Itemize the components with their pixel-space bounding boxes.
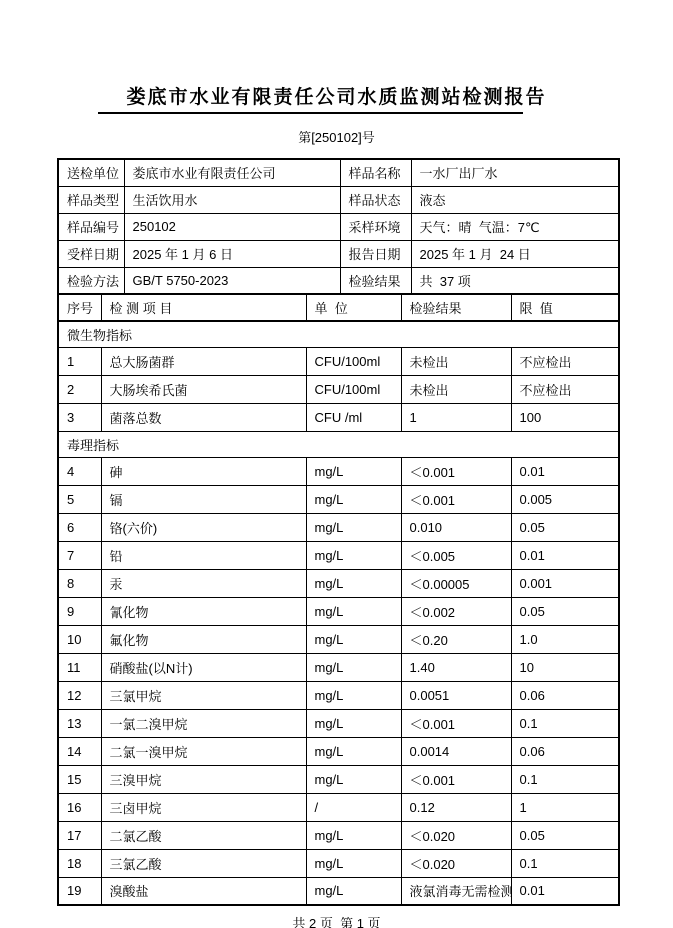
page-footer: 共 2 页 第 1 页 — [0, 913, 673, 928]
info-row: 样品类型生活饮用水样品状态液态 — [58, 186, 619, 213]
cell-unit: mg/L — [306, 821, 401, 849]
cell-item: 三氯甲烷 — [101, 681, 306, 709]
table-row: 1总大肠菌群CFU/100ml未检出不应检出 — [58, 347, 619, 375]
table-row: 19溴酸盐mg/L液氯消毒无需检测0.01 — [58, 877, 619, 905]
cell-limit: 1 — [511, 793, 619, 821]
cell-unit: mg/L — [306, 513, 401, 541]
table-row: 13一氯二溴甲烷mg/L＜0.0010.1 — [58, 709, 619, 737]
cell-item: 一氯二溴甲烷 — [101, 709, 306, 737]
cell-limit: 不应检出 — [511, 375, 619, 403]
cell-limit: 0.01 — [511, 457, 619, 485]
cell-limit: 0.1 — [511, 709, 619, 737]
cell-no: 18 — [58, 849, 101, 877]
info-label: 受样日期 — [58, 240, 124, 267]
cell-item: 二氯乙酸 — [101, 821, 306, 849]
cell-no: 10 — [58, 625, 101, 653]
cell-no: 9 — [58, 597, 101, 625]
cell-item: 三氯乙酸 — [101, 849, 306, 877]
table-row: 10氟化物mg/L＜0.201.0 — [58, 625, 619, 653]
cell-result: ＜0.001 — [401, 457, 511, 485]
cell-item: 硝酸盐(以N计) — [101, 653, 306, 681]
info-value: 天气：晴 气温：7℃ — [411, 213, 619, 240]
cell-limit: 不应检出 — [511, 347, 619, 375]
cell-result: 1.40 — [401, 653, 511, 681]
cell-unit: mg/L — [306, 849, 401, 877]
info-value: 娄底市水业有限责任公司 — [124, 159, 340, 186]
table-row: 6铬(六价)mg/L0.0100.05 — [58, 513, 619, 541]
column-header-no: 序号 — [58, 294, 101, 321]
table-row: 15三溴甲烷mg/L＜0.0010.1 — [58, 765, 619, 793]
info-row: 检验方法GB/T 5750-2023检验结果共 37 项 — [58, 267, 619, 294]
result-table-header-row: 序号 检 测 项 目 单 位 检验结果 限 值 — [58, 294, 619, 321]
report-number: 第[250102]号 — [0, 127, 673, 146]
column-header-result: 检验结果 — [401, 294, 511, 321]
cell-item: 总大肠菌群 — [101, 347, 306, 375]
cell-no: 19 — [58, 877, 101, 905]
cell-unit: mg/L — [306, 653, 401, 681]
cell-limit: 0.005 — [511, 485, 619, 513]
table-row: 2大肠埃希氏菌CFU/100ml未检出不应检出 — [58, 375, 619, 403]
sample-info-table-body: 送检单位娄底市水业有限责任公司样品名称一水厂出厂水样品类型生活饮用水样品状态液态… — [58, 159, 619, 294]
cell-item: 溴酸盐 — [101, 877, 306, 905]
info-label: 样品名称 — [340, 159, 411, 186]
info-label: 检验方法 — [58, 267, 124, 294]
info-label: 检验结果 — [340, 267, 411, 294]
cell-result: 0.010 — [401, 513, 511, 541]
section-label: 微生物指标 — [58, 321, 619, 347]
table-row: 8汞mg/L＜0.000050.001 — [58, 569, 619, 597]
cell-unit: mg/L — [306, 709, 401, 737]
cell-limit: 10 — [511, 653, 619, 681]
info-value: 2025 年 1 月 6 日 — [124, 240, 340, 267]
cell-result: ＜0.001 — [401, 709, 511, 737]
sample-info-table: 送检单位娄底市水业有限责任公司样品名称一水厂出厂水样品类型生活饮用水样品状态液态… — [57, 158, 620, 295]
cell-no: 8 — [58, 569, 101, 597]
cell-limit: 0.05 — [511, 513, 619, 541]
cell-no: 5 — [58, 485, 101, 513]
cell-unit: mg/L — [306, 681, 401, 709]
cell-result: ＜0.020 — [401, 849, 511, 877]
cell-limit: 0.05 — [511, 821, 619, 849]
info-label: 采样环境 — [340, 213, 411, 240]
table-row: 12三氯甲烷mg/L0.00510.06 — [58, 681, 619, 709]
info-value: 生活饮用水 — [124, 186, 340, 213]
cell-limit: 0.06 — [511, 737, 619, 765]
cell-item: 三卤甲烷 — [101, 793, 306, 821]
cell-item: 汞 — [101, 569, 306, 597]
table-row: 3菌落总数CFU /ml1100 — [58, 403, 619, 431]
cell-limit: 0.05 — [511, 597, 619, 625]
section-label: 毒理指标 — [58, 431, 619, 457]
cell-unit: mg/L — [306, 457, 401, 485]
report-page: 娄底市水业有限责任公司水质监测站检测报告 第[250102]号 送检单位娄底市水… — [0, 0, 673, 928]
cell-unit: CFU/100ml — [306, 375, 401, 403]
info-value: GB/T 5750-2023 — [124, 267, 340, 294]
column-header-unit: 单 位 — [306, 294, 401, 321]
info-value: 液态 — [411, 186, 619, 213]
test-result-table: 序号 检 测 项 目 单 位 检验结果 限 值 微生物指标1总大肠菌群CFU/1… — [57, 293, 620, 906]
info-row: 受样日期2025 年 1 月 6 日报告日期2025 年 1 月 24 日 — [58, 240, 619, 267]
info-label: 报告日期 — [340, 240, 411, 267]
cell-unit: mg/L — [306, 485, 401, 513]
info-value: 250102 — [124, 213, 340, 240]
cell-no: 13 — [58, 709, 101, 737]
cell-limit: 1.0 — [511, 625, 619, 653]
info-value: 共 37 项 — [411, 267, 619, 294]
cell-no: 17 — [58, 821, 101, 849]
info-value: 一水厂出厂水 — [411, 159, 619, 186]
cell-item: 二氯一溴甲烷 — [101, 737, 306, 765]
section-row: 微生物指标 — [58, 321, 619, 347]
cell-unit: CFU /ml — [306, 403, 401, 431]
cell-result: 0.12 — [401, 793, 511, 821]
cell-result: 液氯消毒无需检测 — [401, 877, 511, 905]
table-row: 18三氯乙酸mg/L＜0.0200.1 — [58, 849, 619, 877]
cell-result: ＜0.002 — [401, 597, 511, 625]
cell-no: 6 — [58, 513, 101, 541]
cell-unit: mg/L — [306, 737, 401, 765]
cell-item: 铬(六价) — [101, 513, 306, 541]
cell-no: 2 — [58, 375, 101, 403]
cell-limit: 0.01 — [511, 541, 619, 569]
cell-unit: mg/L — [306, 597, 401, 625]
cell-no: 16 — [58, 793, 101, 821]
cell-no: 7 — [58, 541, 101, 569]
cell-no: 11 — [58, 653, 101, 681]
cell-result: ＜0.020 — [401, 821, 511, 849]
info-value: 2025 年 1 月 24 日 — [411, 240, 619, 267]
cell-item: 菌落总数 — [101, 403, 306, 431]
cell-item: 氟化物 — [101, 625, 306, 653]
cell-limit: 0.001 — [511, 569, 619, 597]
cell-unit: mg/L — [306, 541, 401, 569]
table-row: 17二氯乙酸mg/L＜0.0200.05 — [58, 821, 619, 849]
info-label: 样品类型 — [58, 186, 124, 213]
cell-no: 1 — [58, 347, 101, 375]
table-row: 11硝酸盐(以N计)mg/L1.4010 — [58, 653, 619, 681]
result-table-body: 微生物指标1总大肠菌群CFU/100ml未检出不应检出2大肠埃希氏菌CFU/10… — [58, 321, 619, 905]
cell-item: 氰化物 — [101, 597, 306, 625]
column-header-limit: 限 值 — [511, 294, 619, 321]
info-label: 样品编号 — [58, 213, 124, 240]
column-header-item: 检 测 项 目 — [101, 294, 306, 321]
cell-result: ＜0.001 — [401, 485, 511, 513]
info-label: 送检单位 — [58, 159, 124, 186]
cell-item: 铅 — [101, 541, 306, 569]
cell-result: ＜0.00005 — [401, 569, 511, 597]
cell-result: ＜0.005 — [401, 541, 511, 569]
cell-item: 镉 — [101, 485, 306, 513]
cell-result: 未检出 — [401, 347, 511, 375]
cell-no: 14 — [58, 737, 101, 765]
cell-result: 未检出 — [401, 375, 511, 403]
info-row: 样品编号250102采样环境天气：晴 气温：7℃ — [58, 213, 619, 240]
cell-item: 大肠埃希氏菌 — [101, 375, 306, 403]
table-row: 7铅mg/L＜0.0050.01 — [58, 541, 619, 569]
cell-no: 4 — [58, 457, 101, 485]
cell-unit: mg/L — [306, 569, 401, 597]
cell-no: 15 — [58, 765, 101, 793]
cell-unit: mg/L — [306, 877, 401, 905]
cell-unit: / — [306, 793, 401, 821]
title-underline — [98, 112, 523, 114]
cell-limit: 100 — [511, 403, 619, 431]
cell-limit: 0.01 — [511, 877, 619, 905]
cell-result: ＜0.20 — [401, 625, 511, 653]
cell-item: 砷 — [101, 457, 306, 485]
table-row: 16三卤甲烷/0.121 — [58, 793, 619, 821]
table-row: 4砷mg/L＜0.0010.01 — [58, 457, 619, 485]
cell-limit: 0.06 — [511, 681, 619, 709]
table-row: 14二氯一溴甲烷mg/L0.00140.06 — [58, 737, 619, 765]
cell-result: 0.0014 — [401, 737, 511, 765]
cell-unit: CFU/100ml — [306, 347, 401, 375]
table-row: 9氰化物mg/L＜0.0020.05 — [58, 597, 619, 625]
cell-result: 0.0051 — [401, 681, 511, 709]
info-row: 送检单位娄底市水业有限责任公司样品名称一水厂出厂水 — [58, 159, 619, 186]
cell-limit: 0.1 — [511, 849, 619, 877]
cell-unit: mg/L — [306, 765, 401, 793]
cell-limit: 0.1 — [511, 765, 619, 793]
page-title: 娄底市水业有限责任公司水质监测站检测报告 — [0, 82, 673, 109]
cell-result: 1 — [401, 403, 511, 431]
cell-unit: mg/L — [306, 625, 401, 653]
cell-result: ＜0.001 — [401, 765, 511, 793]
info-label: 样品状态 — [340, 186, 411, 213]
cell-no: 12 — [58, 681, 101, 709]
table-row: 5镉mg/L＜0.0010.005 — [58, 485, 619, 513]
cell-no: 3 — [58, 403, 101, 431]
section-row: 毒理指标 — [58, 431, 619, 457]
cell-item: 三溴甲烷 — [101, 765, 306, 793]
